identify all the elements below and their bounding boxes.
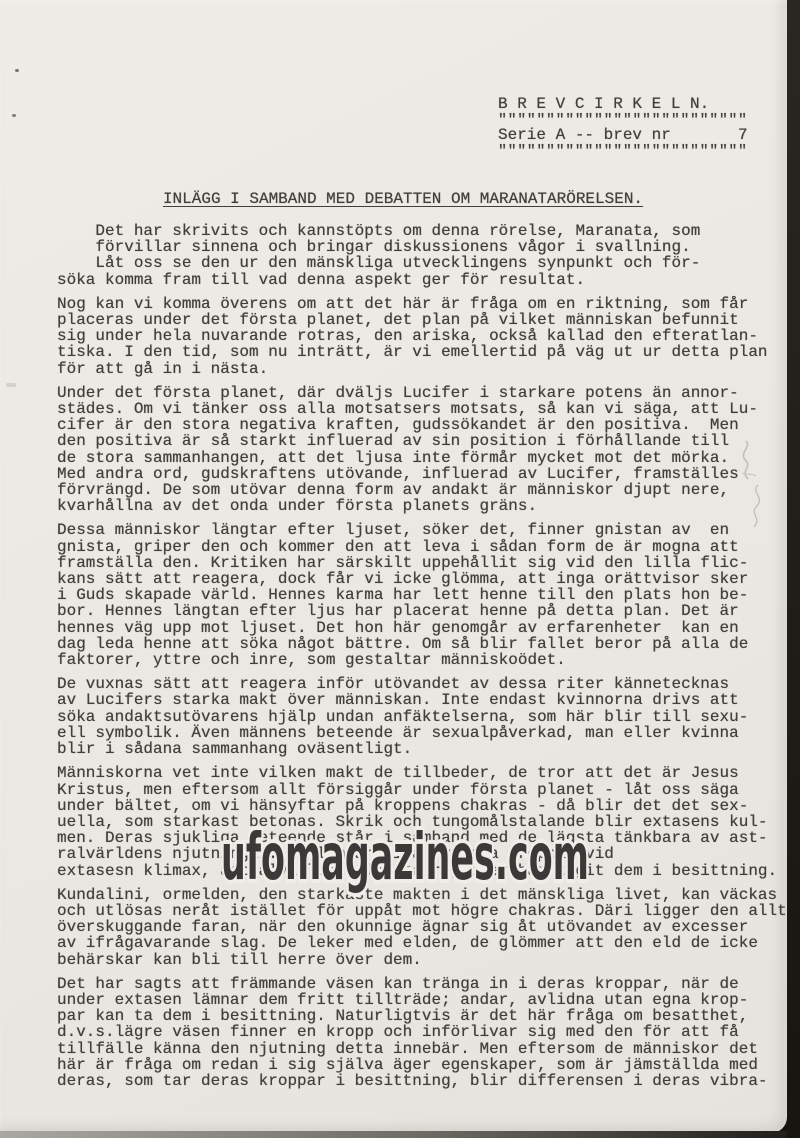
scan-bottom-edge: [0, 1131, 787, 1138]
document-body: Det har skrivits och kannstöpts om denna…: [57, 223, 787, 1097]
paragraph: Det har skrivits och kannstöpts om denna…: [57, 223, 787, 288]
header-divider-bottom: """""""""""""""""""""""""": [498, 143, 748, 160]
paper-speck: [12, 114, 16, 117]
scanned-page: { "doc": { "header": { "title": "B R E V…: [0, 0, 800, 1138]
paragraph: De vuxnas sätt att reagera inför utövand…: [57, 676, 787, 757]
paragraph: Människorna vet inte vilken makt de till…: [57, 765, 787, 878]
newsletter-name: B R E V C I R K E L N.: [498, 95, 709, 113]
scan-right-edge: [787, 0, 800, 1138]
document-title: INLÄGG I SAMBAND MED DEBATTEN OM MARANAT…: [57, 190, 749, 208]
header-series-line: Serie A -- brev nr 7: [498, 126, 748, 144]
pencil-scribble: [728, 433, 788, 543]
paragraph: Kundalini, ormelden, den starkaste makte…: [57, 887, 787, 968]
paragraph: Det har sagts att främmande väsen kan tr…: [57, 976, 787, 1089]
paragraph: Dessa människor längtar efter ljuset, sö…: [57, 522, 787, 668]
paper-smudge: [6, 383, 16, 387]
paragraph: Under det första planet, där dväljs Luci…: [57, 385, 787, 515]
paper-speck: [15, 69, 19, 72]
paragraph: Nog kan vi komma överens om att det här …: [57, 296, 787, 377]
paper-sheet: B R E V C I R K E L N. """""""""""""""""…: [0, 0, 787, 1133]
